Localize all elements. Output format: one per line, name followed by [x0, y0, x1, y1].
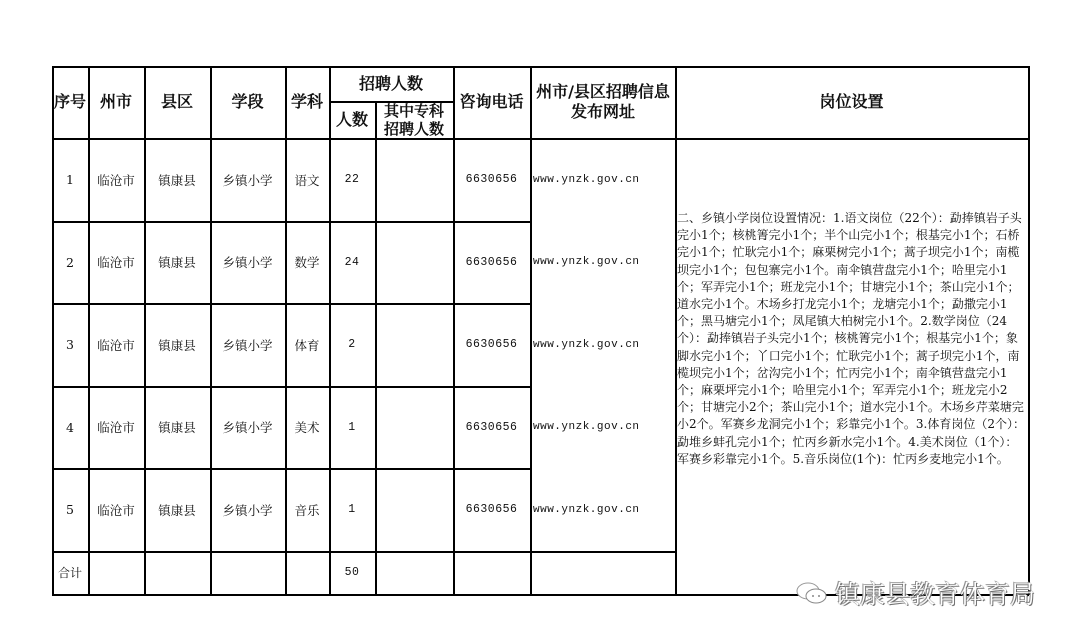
row-5-website[interactable]: www.ynzk.gov.cn: [530, 468, 675, 551]
header-recruit-group: 招聘人数: [329, 66, 453, 101]
watermark-text: 镇康县教育体育局: [835, 575, 1035, 611]
header-seq: 序号: [52, 66, 88, 138]
row-4-specialist-count: [375, 386, 453, 468]
row-3-website[interactable]: www.ynzk.gov.cn: [530, 303, 675, 386]
row-5-specialist-count: [375, 468, 453, 551]
header-website: 州市/县区招聘信息发布网址: [536, 66, 670, 138]
row-2-county: 镇康县: [144, 221, 210, 303]
row-3-prefecture: 临沧市: [88, 303, 144, 386]
header-specialist-count: 其中专科招聘人数: [378, 101, 450, 138]
table-border-right: [1028, 66, 1030, 595]
row-1-phone: 6630656: [453, 138, 530, 221]
row-4-count: 1: [329, 386, 375, 468]
total-count: 50: [329, 551, 375, 594]
header-prefecture: 州市: [88, 66, 144, 138]
row-5-prefecture: 临沧市: [88, 468, 144, 551]
row-2-prefecture: 临沧市: [88, 221, 144, 303]
header-positions: 岗位设置: [675, 66, 1028, 138]
row-4-seq: 4: [52, 386, 88, 468]
row-3-seq: 3: [52, 303, 88, 386]
row-4-county: 镇康县: [144, 386, 210, 468]
row-2-phone: 6630656: [453, 221, 530, 303]
row-1-prefecture: 临沧市: [88, 138, 144, 221]
row-4-phone: 6630656: [453, 386, 530, 468]
row-3-count: 2: [329, 303, 375, 386]
row-5-seq: 5: [52, 468, 88, 551]
row-3-phone: 6630656: [453, 303, 530, 386]
watermark: 镇康县教育体育局: [795, 575, 1035, 611]
wechat-icon: [795, 581, 829, 605]
row-2-stage: 乡镇小学: [210, 221, 285, 303]
row-5-phone: 6630656: [453, 468, 530, 551]
row-5-count: 1: [329, 468, 375, 551]
header-county: 县区: [144, 66, 210, 138]
row-4-website[interactable]: www.ynzk.gov.cn: [530, 386, 675, 468]
row-3-subject: 体育: [285, 303, 329, 386]
row-3-stage: 乡镇小学: [210, 303, 285, 386]
header-count: 人数: [329, 101, 375, 138]
row-5-stage: 乡镇小学: [210, 468, 285, 551]
row-2-count: 24: [329, 221, 375, 303]
row-4-stage: 乡镇小学: [210, 386, 285, 468]
row-3-county: 镇康县: [144, 303, 210, 386]
header-subject: 学科: [285, 66, 329, 138]
header-stage: 学段: [210, 66, 285, 138]
total-label: 合计: [52, 551, 88, 594]
row-2-specialist-count: [375, 221, 453, 303]
row-1-county: 镇康县: [144, 138, 210, 221]
row-1-stage: 乡镇小学: [210, 138, 285, 221]
row-2-website[interactable]: www.ynzk.gov.cn: [530, 221, 675, 303]
row-2-subject: 数学: [285, 221, 329, 303]
row-4-subject: 美术: [285, 386, 329, 468]
row-1-website[interactable]: www.ynzk.gov.cn: [530, 138, 675, 221]
row-2-seq: 2: [52, 221, 88, 303]
header-phone: 咨询电话: [453, 66, 530, 138]
row-1-seq: 1: [52, 138, 88, 221]
row-5-subject: 音乐: [285, 468, 329, 551]
positions-description: 二、乡镇小学岗位设置情况：1.语文岗位（22个）：勐捧镇岩子头完小1个；核桃箐完…: [677, 210, 1026, 468]
row-3-specialist-count: [375, 303, 453, 386]
row-1-count: 22: [329, 138, 375, 221]
row-1-specialist-count: [375, 138, 453, 221]
row-4-prefecture: 临沧市: [88, 386, 144, 468]
row-1-subject: 语文: [285, 138, 329, 221]
row-5-county: 镇康县: [144, 468, 210, 551]
